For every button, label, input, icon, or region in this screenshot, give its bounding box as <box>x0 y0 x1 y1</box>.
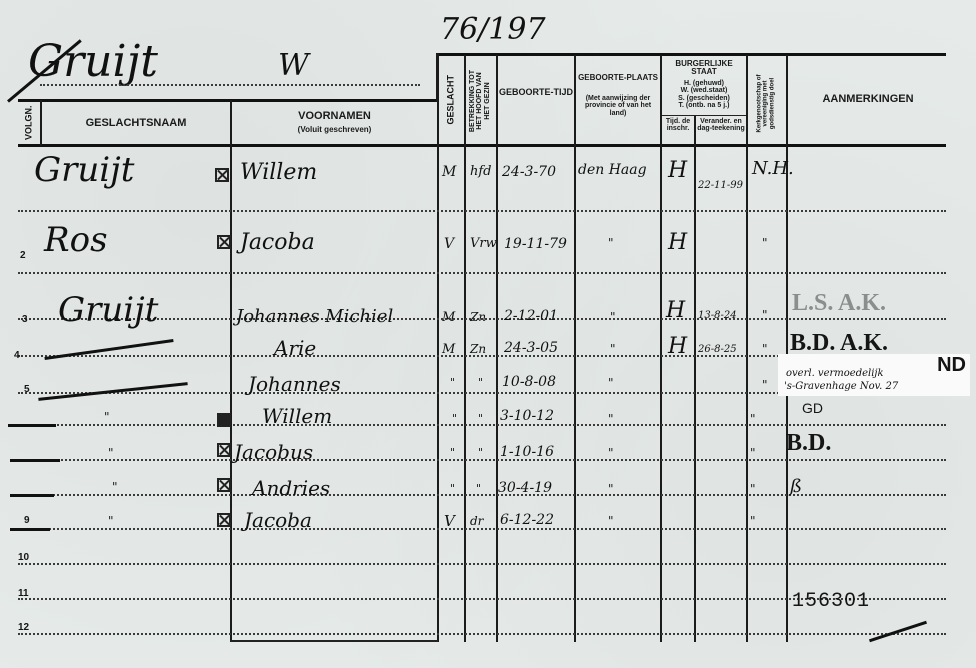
remark-overlay-patch: ND overl. vermoedelijk 's-Gravenhage Nov… <box>778 354 970 396</box>
row-rule <box>18 459 946 461</box>
checkbox-icon <box>217 478 231 492</box>
header-aanmerkingen: AANMERKINGEN <box>788 94 948 106</box>
row1-relation: hfd <box>470 164 492 179</box>
row12-num: 12 <box>18 622 29 633</box>
archive-number: 156301 <box>792 590 870 613</box>
legend-h: H. (gehuwd) <box>662 80 746 87</box>
header-geboorteplaats-sub: (Met aanwijzing der provincie of van het… <box>576 95 660 117</box>
header-tijd-inschr: Tijd. de inschr. <box>662 118 694 133</box>
row2-sex: V <box>444 236 454 252</box>
row2-religion: " <box>762 236 768 250</box>
row2-relation: Vrw <box>470 236 497 251</box>
header-geboortetijd: GEBOORTE-TIJD <box>498 88 574 97</box>
row4-relation: Zn <box>470 342 486 356</box>
legend-w: W. (wed.staat) <box>662 87 746 94</box>
row2-num: 2 <box>20 250 26 261</box>
row5-sex: " <box>450 376 455 389</box>
row8-birth-place: " <box>608 482 614 496</box>
row9-num: 9 <box>24 515 30 526</box>
row6-surname-ditto: " <box>104 410 110 424</box>
nd-note-line1: overl. vermoedelijk <box>786 368 884 379</box>
row7-birth-date: 1-10-16 <box>500 444 554 460</box>
row9-birth-date: 6-12-22 <box>500 512 554 528</box>
header-bottom-rule <box>18 144 946 147</box>
ditto-stroke <box>10 459 60 462</box>
row6-birth-date: 3-10-12 <box>500 408 554 424</box>
ditto-stroke <box>10 528 50 531</box>
header-voornamen: VOORNAMEN <box>232 111 437 123</box>
row-rule <box>18 494 946 496</box>
row9-birth-place: " <box>608 514 614 528</box>
row9-sex: V <box>444 512 455 530</box>
ditto-stroke <box>8 424 56 427</box>
row6-remarks-stamp: GD <box>802 400 823 416</box>
row8-surname-ditto: " <box>112 480 118 494</box>
row5-remarks-stamp: ND <box>937 354 966 377</box>
row8-birth-date: 30-4-19 <box>498 480 552 496</box>
row3-civil-date: 13-8-24 <box>698 310 737 321</box>
row2-surname: Ros <box>44 220 108 260</box>
row11-num: 11 <box>18 588 29 599</box>
row2-birth-place: " <box>608 236 614 250</box>
row1-birth-place: den Haag <box>578 162 647 178</box>
row-rule <box>18 528 946 530</box>
row2-birth-date: 19-11-79 <box>504 236 567 252</box>
row4-religion: " <box>762 342 768 356</box>
header-geboorteplaats: GEBOORTE-PLAATS <box>576 74 660 82</box>
row1-surname: Gruijt <box>34 150 134 190</box>
card-number: 76/197 <box>440 12 546 47</box>
row4-birth-place: " <box>610 342 616 356</box>
row6-sex: " <box>452 412 457 425</box>
nd-note-line2: 's-Gravenhage Nov. 27 <box>784 381 898 392</box>
checkbox-icon <box>215 168 229 182</box>
row8-remarks: ß <box>790 476 802 497</box>
row-rule <box>18 272 946 274</box>
row9-surname-ditto: " <box>108 514 114 528</box>
row5-num: 5 <box>24 384 30 395</box>
row-rule <box>18 633 946 635</box>
divider-geboortetijd <box>574 55 576 642</box>
row-rule <box>18 563 946 565</box>
row7-remarks-stamp: B.D. <box>786 430 831 457</box>
divider-betrekking <box>496 55 498 642</box>
row3-surname: Gruijt <box>58 290 158 330</box>
header-volgn: VOLGN. <box>24 102 33 144</box>
row6-religion: " <box>750 412 756 426</box>
header-burgerlijke-staat: BURGERLIJKE STAAT <box>662 60 746 77</box>
row5-birth-place: " <box>608 376 614 390</box>
divider-voornamen <box>437 100 439 642</box>
ditto-stroke <box>10 494 54 497</box>
row5-religion: " <box>762 378 768 392</box>
row3-religion: " <box>762 308 768 322</box>
header-top-rule-left <box>18 99 438 102</box>
row-rule <box>18 210 946 212</box>
head-initial: W <box>278 48 309 83</box>
row2-first-names: Jacoba <box>240 230 315 255</box>
legend-s: S. (gescheiden) <box>662 95 746 102</box>
checkbox-icon <box>217 235 231 249</box>
row4-civil-status: H <box>668 334 687 359</box>
header-top-rule-right <box>436 53 946 56</box>
row6-birth-place: " <box>608 412 614 426</box>
row7-religion: " <box>750 446 756 460</box>
row3-remarks-stamp: L.S. A.K. <box>792 290 886 317</box>
row7-birth-place: " <box>608 446 614 460</box>
row1-sex: M <box>442 164 456 180</box>
header-geslacht: GESLACHT <box>446 69 455 131</box>
divider-geslachtsnaam <box>230 100 232 146</box>
row10-num: 10 <box>18 552 29 563</box>
header-verander: Verander. en dag-teekening <box>696 118 746 133</box>
row9-relation: dr <box>470 514 483 528</box>
row1-civil-date: 22-11-99 <box>698 180 743 191</box>
row5-birth-date: 10-8-08 <box>502 374 556 390</box>
header-voornamen-sub: (Voluit geschreven) <box>232 126 437 134</box>
checkbox-filled-icon <box>217 413 231 427</box>
row4-num: 4 <box>14 350 20 361</box>
divider-staat-sub <box>662 115 746 116</box>
row7-sex: " <box>450 446 455 459</box>
header-geslachtsnaam: GESLACHTSNAAM <box>42 118 230 130</box>
row6-first-names: Willem <box>262 404 332 428</box>
row9-religion: " <box>750 514 756 528</box>
divider-geslacht <box>464 55 466 642</box>
row4-civil-date: 26-8-25 <box>698 344 737 355</box>
row7-first-names: Jacobus <box>234 440 313 464</box>
row1-birth-date: 24-3-70 <box>502 164 556 180</box>
row1-religion: N.H. <box>752 158 794 179</box>
row9-first-names: Jacoba <box>244 508 312 532</box>
checkbox-icon <box>217 513 231 527</box>
row2-civil-status: H <box>668 230 687 255</box>
row3-relation: Zn <box>470 310 486 324</box>
divider-kerk <box>786 55 788 642</box>
row3-sex: M <box>442 310 455 325</box>
row3-num: 3 <box>22 314 28 325</box>
row4-sex: M <box>442 342 455 357</box>
row3-first-names: Johannes Michiel <box>236 306 393 327</box>
head-surname: Gruijt <box>28 36 158 87</box>
legend-t: T. (ontb. na 5 j.) <box>662 102 746 109</box>
row3-civil-status: H <box>666 298 685 323</box>
population-register-card: Gruijt W 76/197 VOLGN. GESLACHTSNAAM VOO… <box>0 0 976 668</box>
header-kerkgenootschap: Kerkgenootschap of vereeniging met godsd… <box>757 69 776 137</box>
row8-religion: " <box>750 482 756 496</box>
row5-relation: " <box>478 376 483 389</box>
voornamen-bottom-border <box>230 640 438 642</box>
divider-geboorteplaats <box>660 55 662 642</box>
row5-first-names: Johannes <box>248 372 341 396</box>
row7-relation: " <box>478 446 483 459</box>
header-staat-legend: H. (gehuwd) W. (wed.staat) S. (gescheide… <box>662 80 746 109</box>
checkbox-icon <box>217 443 231 457</box>
row3-birth-place: " <box>610 310 616 324</box>
row8-sex: " <box>450 482 455 495</box>
row8-first-names: Andries <box>252 476 330 500</box>
row6-relation: " <box>478 412 483 425</box>
row8-relation: " <box>476 482 481 495</box>
divider-burgerlijke-staat <box>746 55 748 642</box>
header-betrekking: BETREKKING TOT HET HOOFD VAN HET GEZIN <box>469 66 491 136</box>
signature-flourish <box>869 621 927 642</box>
row1-civil-status: H <box>668 158 687 183</box>
surname-dotted-line <box>40 84 420 86</box>
row4-remarks-stamp: B.D. A.K. <box>790 330 888 357</box>
row1-first-names: Willem <box>240 160 317 185</box>
row4-first-names: Arie <box>274 336 316 360</box>
row4-birth-date: 24-3-05 <box>504 340 558 356</box>
header-step <box>436 53 439 102</box>
row7-surname-ditto: " <box>108 446 114 460</box>
row3-birth-date: 2-12-01 <box>504 308 558 324</box>
